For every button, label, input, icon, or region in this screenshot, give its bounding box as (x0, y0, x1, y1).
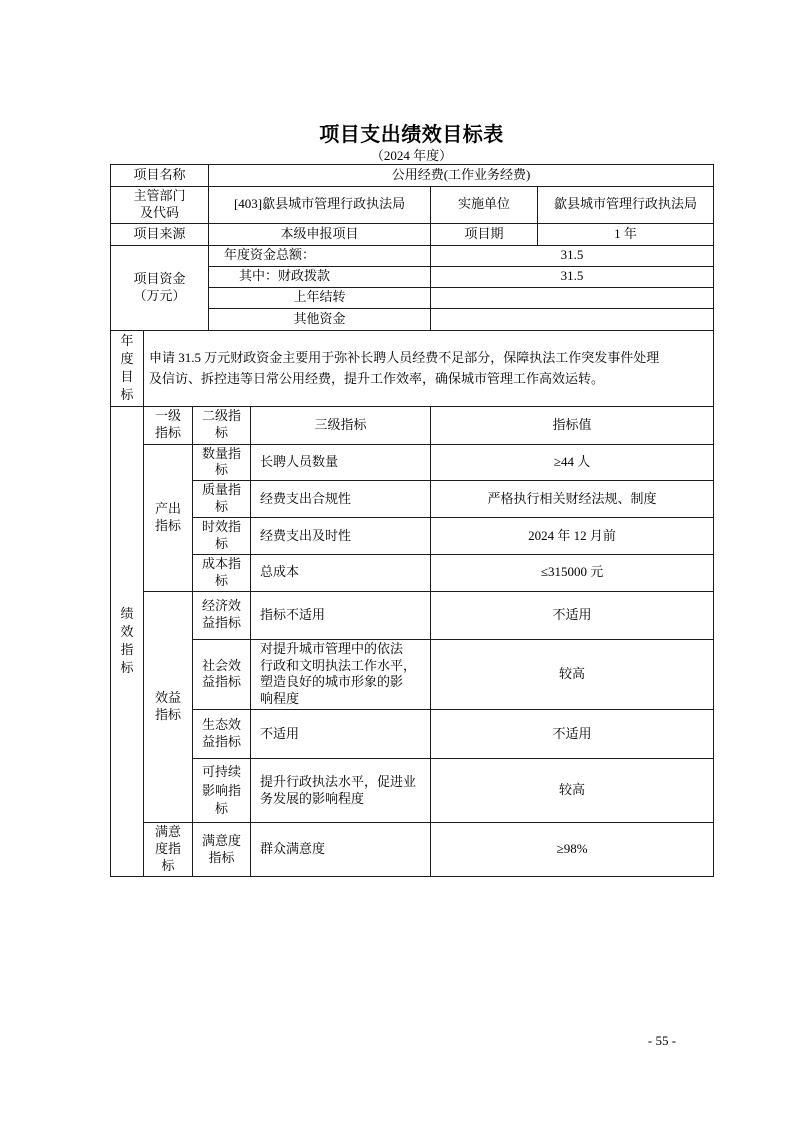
source-label: 项目来源 (111, 223, 209, 245)
funds-label: 项目资金 （万元） (111, 245, 209, 330)
source-row: 项目来源 本级申报项目 项目期 1 年 (111, 223, 714, 245)
level2-quality: 质量指 标 (193, 481, 251, 518)
value-timeliness: 2024 年 12 月前 (431, 518, 714, 555)
funds-total-value: 31.5 (431, 245, 714, 266)
funds-other-value (431, 308, 714, 330)
funds-total-label: 年度资金总额： (209, 245, 431, 266)
funds-fiscal-value: 31.5 (431, 266, 714, 287)
impl-unit-value: 歙县城市管理行政执法局 (538, 187, 714, 224)
value-quantity: ≥44 人 (431, 444, 714, 481)
indicator-row-quality: 质量指 标 经费支出合规性 严格执行相关财经法规、制度 (111, 481, 714, 518)
level3-quantity: 长聘人员数量 (251, 444, 431, 481)
level3-quality: 经费支出合规性 (251, 481, 431, 518)
header-level1: 一级 指标 (144, 406, 193, 444)
project-name-value: 公用经费(工作业务经费) (209, 165, 714, 187)
header-level2: 二级指 标 (193, 406, 251, 444)
funds-carryover-value (431, 287, 714, 308)
value-quality: 严格执行相关财经法规、制度 (431, 481, 714, 518)
annual-goal-text: 申请 31.5 万元财政资金主要用于弥补长聘人员经费不足部分，保障执法工作突发事… (144, 330, 714, 406)
indicator-row-timeliness: 时效指 标 经费支出及时性 2024 年 12 月前 (111, 518, 714, 555)
annual-goal-row: 年 度 目 标 申请 31.5 万元财政资金主要用于弥补长聘人员经费不足部分，保… (111, 330, 714, 406)
level2-satisfaction: 满意度 指标 (193, 823, 251, 877)
value-social: 较高 (431, 639, 714, 710)
performance-target-table: 项目名称 公用经费(工作业务经费) 主管部门 及代码 [403]歙县城市管理行政… (110, 164, 714, 877)
impl-unit-label: 实施单位 (431, 187, 538, 224)
indicator-row-satisfaction: 满意 度指 标 满意度 指标 群众满意度 ≥98% (111, 823, 714, 877)
level2-timeliness: 时效指 标 (193, 518, 251, 555)
page-number: - 55 - (612, 1033, 712, 1049)
indicator-row-sustainability: 可持续 影响指 标 提升行政执法水平，促进业 务发展的影响程度 较高 (111, 759, 714, 823)
level2-economic: 经济效 益指标 (193, 591, 251, 639)
group-satisfaction-label: 满意 度指 标 (144, 823, 193, 877)
indicator-row-cost: 成本指 标 总成本 ≤315000 元 (111, 554, 714, 591)
indicators-section-label: 绩 效 指 标 (111, 406, 144, 876)
value-satisfaction: ≥98% (431, 823, 714, 877)
header-level3: 三级指标 (251, 406, 431, 444)
department-label: 主管部门 及代码 (111, 187, 209, 224)
project-name-label: 项目名称 (111, 165, 209, 187)
annual-goal-label: 年 度 目 标 (111, 330, 144, 406)
level2-ecological: 生态效 益指标 (193, 710, 251, 759)
group-output-label: 产出 指标 (144, 444, 193, 591)
level3-sustainability: 提升行政执法水平，促进业 务发展的影响程度 (251, 759, 431, 823)
level2-quantity: 数量指 标 (193, 444, 251, 481)
header-value: 指标值 (431, 406, 714, 444)
level2-sustainability: 可持续 影响指 标 (193, 759, 251, 823)
indicator-header-row: 绩 效 指 标 一级 指标 二级指 标 三级指标 指标值 (111, 406, 714, 444)
indicator-row-ecological: 生态效 益指标 不适用 不适用 (111, 710, 714, 759)
page-title: 项目支出绩效目标表 (110, 118, 713, 147)
level2-social: 社会效 益指标 (193, 639, 251, 710)
level3-satisfaction: 群众满意度 (251, 823, 431, 877)
department-value: [403]歙县城市管理行政执法局 (209, 187, 431, 224)
document-page: 项目支出绩效目标表 （2024 年度） 项目名称 公用经费(工作业务经费) 主管… (0, 0, 794, 1122)
indicator-row-social: 社会效 益指标 对提升城市管理中的依法 行政和文明执法工作水平， 塑造良好的城市… (111, 639, 714, 710)
level3-ecological: 不适用 (251, 710, 431, 759)
period-value: 1 年 (538, 223, 714, 245)
value-cost: ≤315000 元 (431, 554, 714, 591)
department-row: 主管部门 及代码 [403]歙县城市管理行政执法局 实施单位 歙县城市管理行政执… (111, 187, 714, 224)
indicator-row-economic: 效益 指标 经济效 益指标 指标不适用 不适用 (111, 591, 714, 639)
level3-timeliness: 经费支出及时性 (251, 518, 431, 555)
value-ecological: 不适用 (431, 710, 714, 759)
project-name-row: 项目名称 公用经费(工作业务经费) (111, 165, 714, 187)
level2-cost: 成本指 标 (193, 554, 251, 591)
funds-fiscal-label: 其中：财政拨款 (209, 266, 431, 287)
funds-other-label: 其他资金 (209, 308, 431, 330)
source-value: 本级申报项目 (209, 223, 431, 245)
level3-cost: 总成本 (251, 554, 431, 591)
funds-carryover-label: 上年结转 (209, 287, 431, 308)
value-economic: 不适用 (431, 591, 714, 639)
period-label: 项目期 (431, 223, 538, 245)
value-sustainability: 较高 (431, 759, 714, 823)
fiscal-year-subtitle: （2024 年度） (110, 145, 713, 164)
group-benefit-label: 效益 指标 (144, 591, 193, 823)
indicator-row-quantity: 产出 指标 数量指 标 长聘人员数量 ≥44 人 (111, 444, 714, 481)
level3-social: 对提升城市管理中的依法 行政和文明执法工作水平， 塑造良好的城市形象的影 响程度 (251, 639, 431, 710)
funds-row-total: 项目资金 （万元） 年度资金总额： 31.5 (111, 245, 714, 266)
level3-economic: 指标不适用 (251, 591, 431, 639)
